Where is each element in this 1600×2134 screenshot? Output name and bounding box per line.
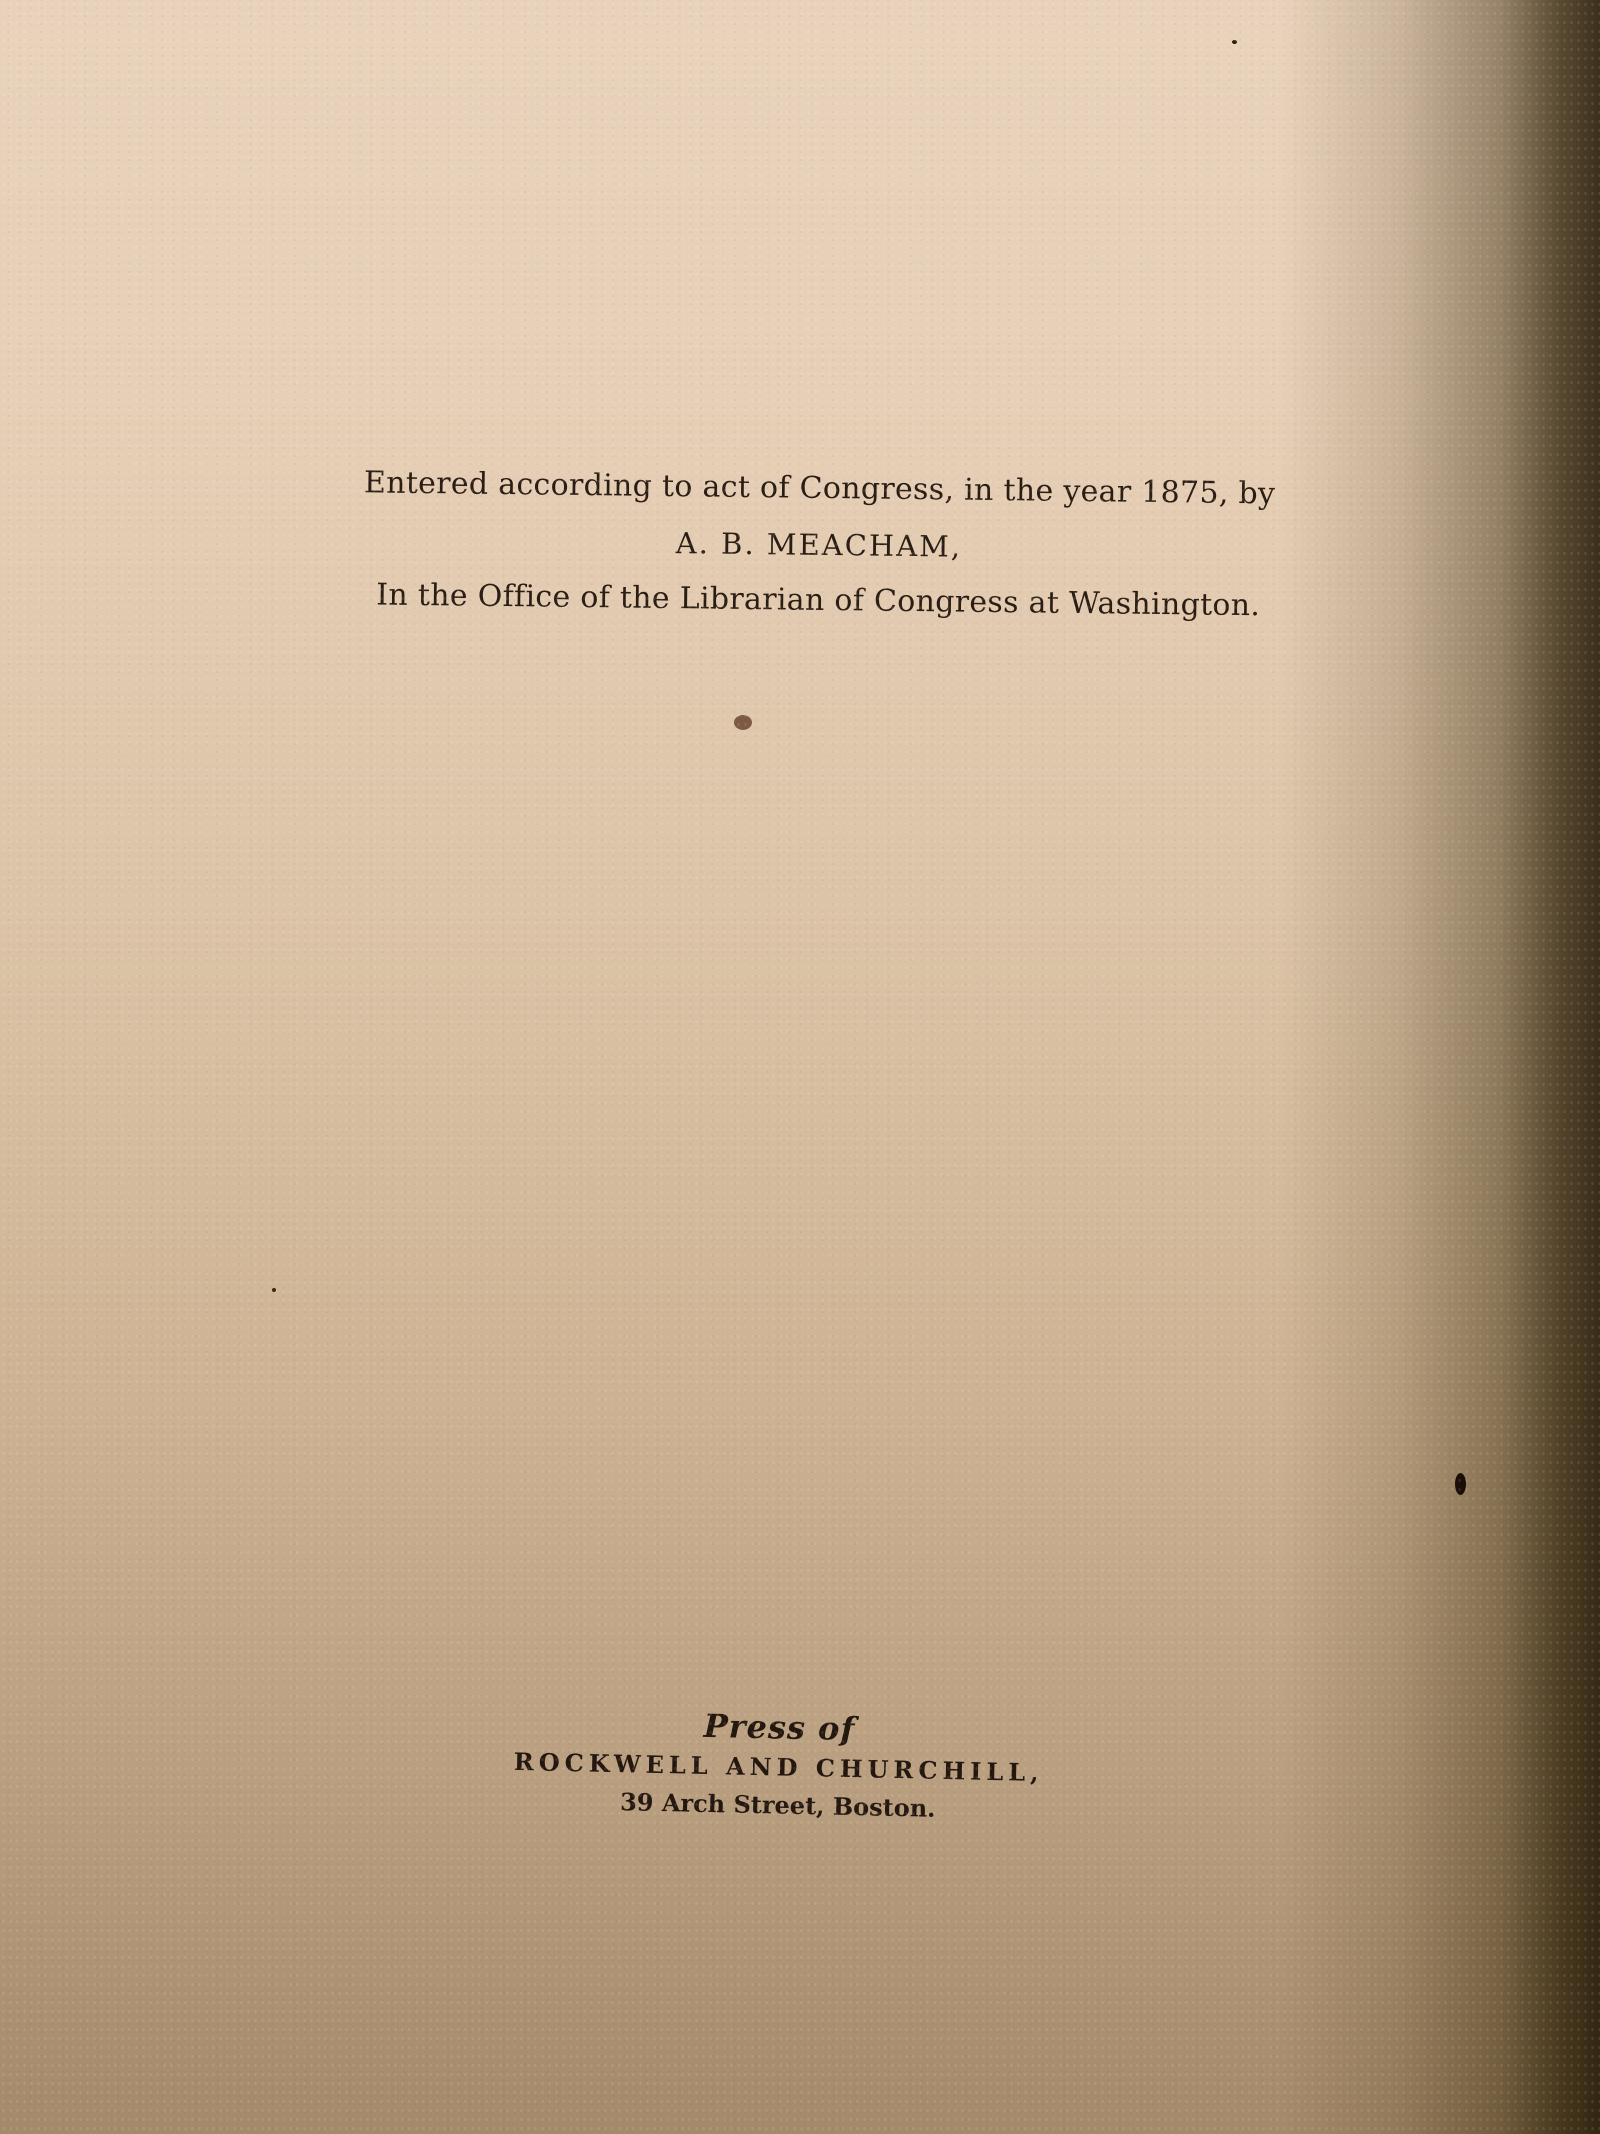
printer-imprint: Press of ROCKWELL AND CHURCHILL, 39 Arch…	[468, 1700, 1090, 1831]
paper-blemish	[272, 1288, 276, 1292]
copyright-notice: Entered according to act of Congress, in…	[338, 455, 1300, 635]
foxing-spot	[734, 715, 752, 730]
paper-blemish	[1232, 40, 1237, 44]
book-page: Entered according to act of Congress, in…	[0, 0, 1600, 2134]
copyright-entry-line: Entered according to act of Congress, in…	[339, 455, 1300, 523]
copyright-office-line: In the Office of the Librarian of Congre…	[338, 567, 1299, 635]
ink-spot	[1455, 1473, 1466, 1495]
